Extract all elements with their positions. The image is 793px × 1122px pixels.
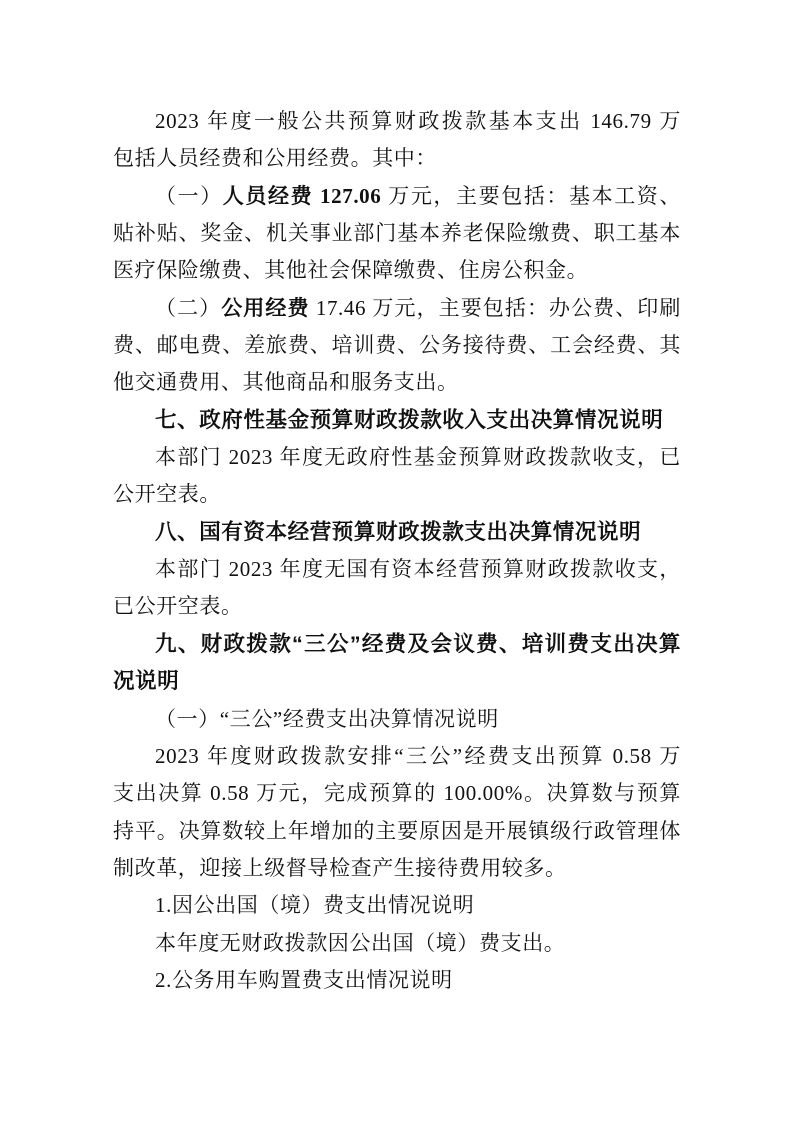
text-segment: 持平。决算数较上年增加的主要原因是开展镇级行政管理体 <box>113 819 681 843</box>
text-segment: 公开空表。 <box>113 482 221 506</box>
text-segment: （一）“三公”经费支出决算情况说明 <box>155 707 499 731</box>
text-segment: 已公开空表。 <box>113 594 243 618</box>
text-segment-bold: 公用经费 <box>221 296 309 320</box>
document-content: 2023 年度一般公共预算财政拨款基本支出 146.79 万元，包括人员经费和公… <box>113 103 681 999</box>
text-line: 2023 年度一般公共预算财政拨款基本支出 146.79 万元， <box>113 103 681 140</box>
text-line: 费、邮电费、差旅费、培训费、公务接待费、工会经费、其 <box>113 327 681 364</box>
text-line: 公开空表。 <box>113 476 681 513</box>
text-line: （二）公用经费 17.46 万元，主要包括：办公费、印刷 <box>113 290 681 327</box>
text-line: 制改革，迎接上级督导检查产生接待费用较多。 <box>113 850 681 887</box>
text-line: 本部门 2023 年度无国有资本经营预算财政拨款收支， <box>113 551 681 588</box>
text-line: 九、财政拨款“三公”经费及会议费、培训费支出决算情 <box>113 626 681 663</box>
text-line: 包括人员经费和公用经费。其中： <box>113 140 681 177</box>
text-segment: 2023 年度财政拨款安排“三公”经费支出预算 0.58 万元， <box>113 744 681 775</box>
text-line: 本部门 2023 年度无政府性基金预算财政拨款收支，已 <box>113 439 681 476</box>
text-segment-bold: 人员经费 127.06 <box>223 184 382 208</box>
text-line: 他交通费用、其他商品和服务支出。 <box>113 364 681 401</box>
text-line: 八、国有资本经营预算财政拨款支出决算情况说明 <box>113 514 681 551</box>
text-line: 七、政府性基金预算财政拨款收入支出决算情况说明 <box>113 402 681 439</box>
text-segment: 他交通费用、其他商品和服务支出。 <box>113 370 459 394</box>
text-line: 贴补贴、奖金、机关事业部门基本养老保险缴费、职工基本 <box>113 215 681 252</box>
text-segment: 医疗保险缴费、其他社会保障缴费、住房公积金。 <box>113 258 588 282</box>
text-line: 况说明 <box>113 663 681 700</box>
text-line: （一）人员经费 127.06 万元，主要包括：基本工资、津 <box>113 178 681 215</box>
text-line: 持平。决算数较上年增加的主要原因是开展镇级行政管理体 <box>113 813 681 850</box>
text-segment: 九、财政拨款“三公”经费及会议费、培训费支出决算情 <box>113 632 681 663</box>
text-segment: 费、邮电费、差旅费、培训费、公务接待费、工会经费、其 <box>113 333 681 357</box>
text-segment: 2023 年度一般公共预算财政拨款基本支出 146.79 万元， <box>113 109 681 140</box>
text-segment: 本年度无财政拨款因公出国（境）费支出。 <box>155 931 565 955</box>
text-line: 支出决算 0.58 万元，完成预算的 100.00%。决算数与预算数 <box>113 775 681 812</box>
text-line: 已公开空表。 <box>113 588 681 625</box>
text-line: 本年度无财政拨款因公出国（境）费支出。 <box>113 925 681 962</box>
text-segment: 包括人员经费和公用经费。其中： <box>113 146 437 170</box>
text-segment: 本部门 2023 年度无国有资本经营预算财政拨款收支， <box>155 557 681 581</box>
text-segment: （二） <box>155 296 221 320</box>
text-segment: 贴补贴、奖金、机关事业部门基本养老保险缴费、职工基本 <box>113 221 681 245</box>
text-segment: 17.46 万元，主要包括：办公费、印刷 <box>310 296 681 320</box>
text-segment: 支出决算 0.58 万元，完成预算的 100.00%。决算数与预算数 <box>113 781 681 812</box>
text-line: （一）“三公”经费支出决算情况说明 <box>113 701 681 738</box>
text-segment: 制改革，迎接上级督导检查产生接待费用较多。 <box>113 856 567 880</box>
document-page: 2023 年度一般公共预算财政拨款基本支出 146.79 万元，包括人员经费和公… <box>0 0 793 1122</box>
text-segment: 本部门 2023 年度无政府性基金预算财政拨款收支，已 <box>155 445 681 469</box>
text-segment: （一） <box>155 184 223 208</box>
text-line: 医疗保险缴费、其他社会保障缴费、住房公积金。 <box>113 252 681 289</box>
text-segment: 况说明 <box>113 669 179 693</box>
text-segment: 1.因公出国（境）费支出情况说明 <box>155 893 474 917</box>
text-line: 2.公务用车购置费支出情况说明 <box>113 962 681 999</box>
text-line: 1.因公出国（境）费支出情况说明 <box>113 887 681 924</box>
text-segment: 七、政府性基金预算财政拨款收入支出决算情况说明 <box>155 408 663 432</box>
text-segment: 八、国有资本经营预算财政拨款支出决算情况说明 <box>155 520 641 544</box>
text-segment: 2.公务用车购置费支出情况说明 <box>155 968 453 992</box>
text-line: 2023 年度财政拨款安排“三公”经费支出预算 0.58 万元， <box>113 738 681 775</box>
